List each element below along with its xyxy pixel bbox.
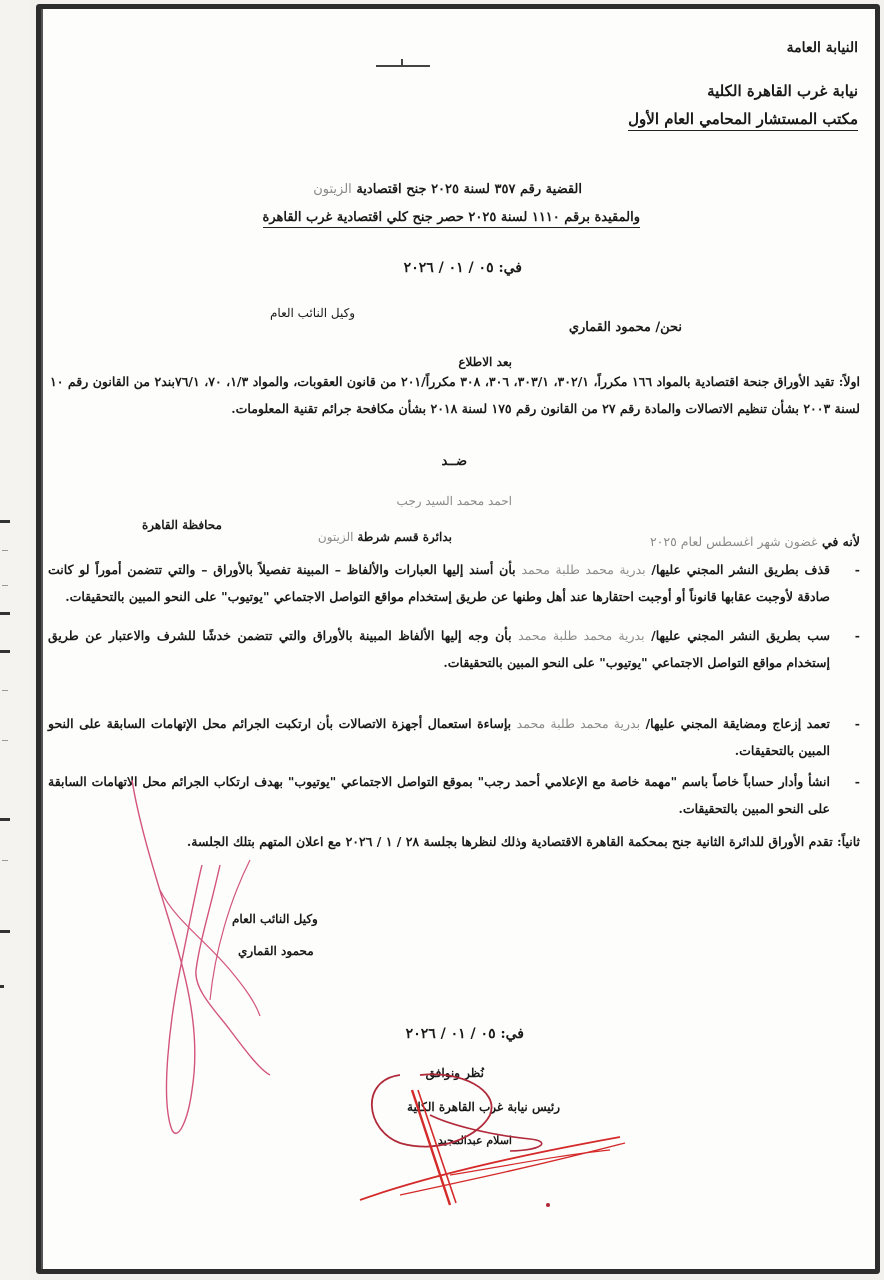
- strip-mark: [0, 818, 10, 821]
- strip-dot: [2, 585, 8, 586]
- because-line: لأنه في غضون شهر اغسطس لعام ٢٠٢٥: [650, 534, 860, 549]
- district-prefix: بدائرة قسم شرطة: [357, 530, 452, 544]
- charge-item: - سب بطريق النشر المجني عليها/ بدرية محم…: [48, 622, 860, 676]
- district-name: الزيتون: [318, 530, 354, 544]
- adjacent-page-edge: [0, 0, 30, 1280]
- governorate: محافظة القاهرة: [142, 518, 222, 532]
- charge-lead: قذف بطريق النشر المجني عليها/: [651, 562, 830, 577]
- document-body: النيابة العامة نيابة غرب القاهرة الكلية …: [46, 10, 872, 1266]
- approval-date: في: ٠٥ / ٠١ / ٢٠٢٦: [406, 1026, 524, 1042]
- strip-mark: [0, 650, 10, 653]
- signatory-name: محمود القماري: [238, 944, 314, 958]
- issuer-name: نحن/ محمود القماري: [569, 320, 682, 335]
- document-date: في: ٠٥ / ٠١ / ٢٠٢٦: [404, 260, 522, 276]
- second-decision-paragraph: ثانياً: تقدم الأوراق للدائرة الثانية جنح…: [50, 828, 860, 855]
- approver-name: اسلام عبدالمجيد: [438, 1134, 512, 1147]
- victim-name: بدرية محمد طلبة محمد: [518, 628, 644, 643]
- strip-mark: [0, 985, 4, 988]
- strip-dot: [2, 740, 8, 741]
- charge-item: - انشأ وأدار حساباً خاصاً باسم "مهمة خاص…: [48, 768, 860, 822]
- police-district: بدائرة قسم شرطة الزيتون: [318, 530, 452, 544]
- charge-bullet: -: [855, 622, 860, 649]
- top-dash-tick: [401, 59, 403, 65]
- case-registration: والمقيدة برقم ١١١٠ لسنة ٢٠٢٥ حصر جنح كلي…: [263, 210, 640, 228]
- strip-mark: [0, 930, 10, 933]
- top-dash-mark: [376, 65, 430, 67]
- strip-mark: [0, 520, 10, 523]
- approver-title: رئيس نيابة غرب القاهرة الكلية: [407, 1100, 560, 1114]
- issuer-title: وكيل النائب العام: [270, 306, 355, 320]
- because-period: غضون شهر اغسطس لعام ٢٠٢٥: [650, 534, 818, 549]
- signatory-title: وكيل النائب العام: [232, 912, 318, 926]
- against-label: ضــد: [442, 454, 467, 469]
- charge-item: - قذف بطريق النشر المجني عليها/ بدرية مح…: [48, 556, 860, 610]
- counselor-office: مكتب المستشار المحامي العام الأول: [628, 110, 858, 131]
- charge-lead: سب بطريق النشر المجني عليها/: [651, 628, 830, 643]
- approval-note: نُظر ونوافق: [426, 1066, 484, 1080]
- after-review-heading: بعد الاطلاع: [458, 355, 512, 369]
- charge-bullet: -: [855, 556, 860, 583]
- strip-dot: [2, 550, 8, 551]
- victim-name: بدرية محمد طلبة محمد: [521, 562, 645, 577]
- authority-name: النيابة العامة: [787, 40, 858, 56]
- prosecution-office: نيابة غرب القاهرة الكلية: [707, 82, 858, 100]
- victim-name: بدرية محمد طلبة محمد: [517, 716, 640, 731]
- strip-dot: [2, 860, 8, 861]
- first-decision-paragraph: اولاً: تقيد الأوراق جنحة اقتصادية بالموا…: [50, 368, 860, 422]
- case-district: الزيتون: [313, 182, 352, 197]
- charge-bullet: -: [855, 710, 860, 737]
- charge-lead: تعمد إزعاج ومضايقة المجني عليها/: [646, 716, 830, 731]
- charge-bullet: -: [855, 768, 860, 795]
- strip-dot: [2, 690, 8, 691]
- charge-item: - تعمد إزعاج ومضايقة المجني عليها/ بدرية…: [48, 710, 860, 764]
- because-prefix: لأنه في: [822, 534, 860, 549]
- charge-text: انشأ وأدار حساباً خاصاً باسم "مهمة خاصة …: [48, 774, 830, 816]
- accused-name: احمد محمد السيد رجب: [397, 494, 512, 508]
- case-number-text: القضية رقم ٣٥٧ لسنة ٢٠٢٥ جنح اقتصادية: [356, 182, 582, 197]
- strip-mark: [0, 612, 10, 615]
- case-number: القضية رقم ٣٥٧ لسنة ٢٠٢٥ جنح اقتصادية ال…: [313, 182, 582, 197]
